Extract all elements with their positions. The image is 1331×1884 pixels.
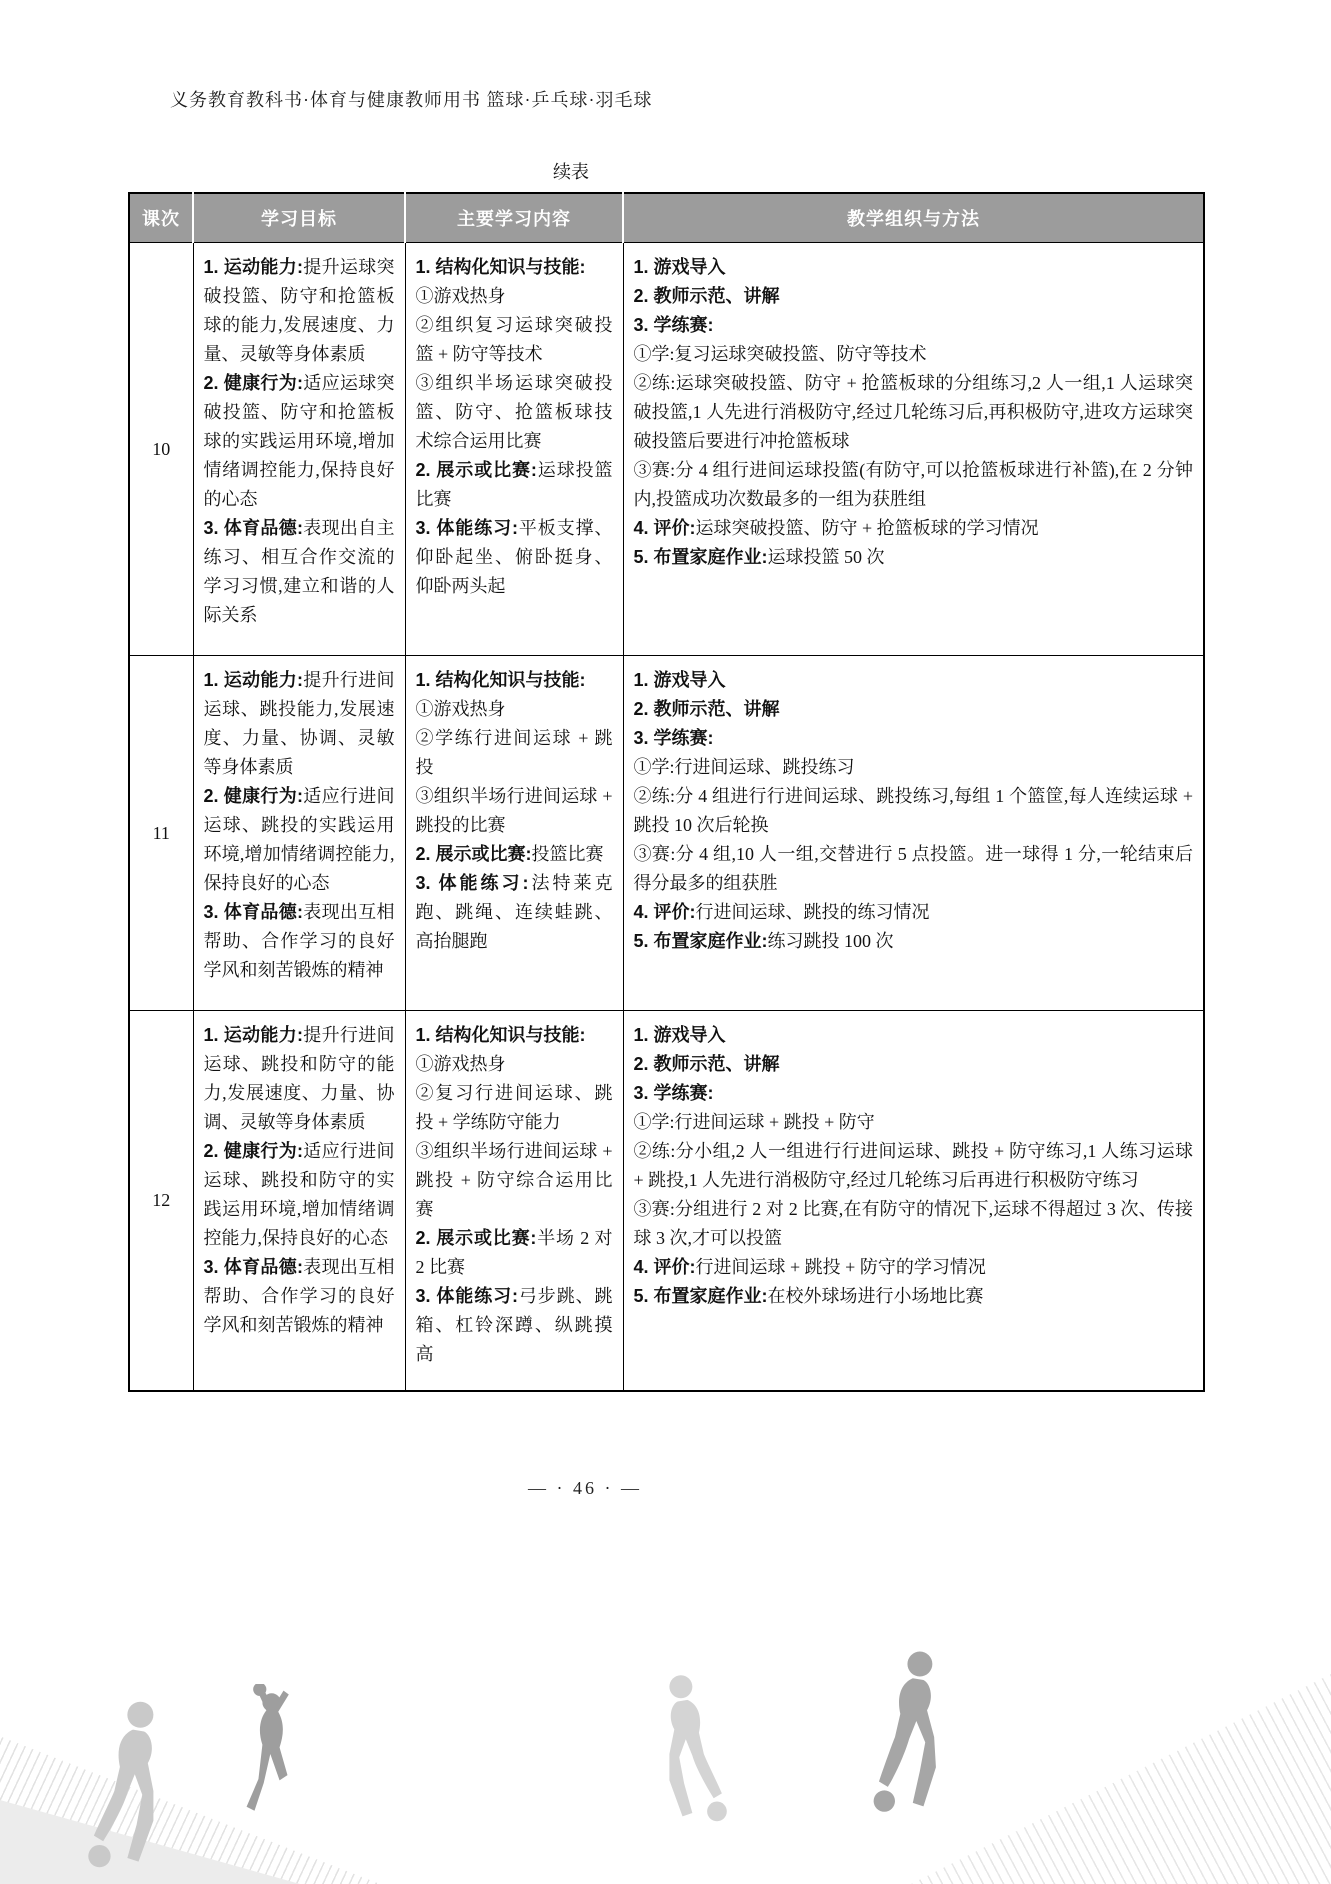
- table-cell-paragraph: 2. 教师示范、讲解: [634, 1050, 1194, 1079]
- table-cell-paragraph: ②复习行进间运球、跳投 + 学练防守能力: [416, 1079, 613, 1137]
- lesson-plan-table: 课次 学习目标 主要学习内容 教学组织与方法 101. 运动能力:提升运球突破投…: [128, 192, 1205, 1392]
- methods-cell: 1. 游戏导入2. 教师示范、讲解3. 学练赛:①学:行进间运球 + 跳投 + …: [623, 1011, 1204, 1391]
- table-cell-paragraph: 1. 结构化知识与技能:: [416, 666, 613, 695]
- methods-cell: 1. 游戏导入2. 教师示范、讲解3. 学练赛:①学:行进间运球、跳投练习②练:…: [623, 656, 1204, 1011]
- table-cell-paragraph: 4. 评价:行进间运球 + 跳投 + 防守的学习情况: [634, 1253, 1194, 1282]
- lesson-number: 12: [129, 1011, 193, 1391]
- table-cell-paragraph: 1. 结构化知识与技能:: [416, 253, 613, 282]
- column-header-objectives: 学习目标: [193, 193, 405, 243]
- table-cell-paragraph: ①游戏热身: [416, 695, 613, 724]
- lesson-number: 10: [129, 243, 193, 656]
- table-row: 121. 运动能力:提升行进间运球、跳投和防守的能力,发展速度、力量、协调、灵敏…: [129, 1011, 1204, 1391]
- content-cell: 1. 结构化知识与技能:①游戏热身②复习行进间运球、跳投 + 学练防守能力③组织…: [405, 1011, 623, 1391]
- running-head: 义务教育教科书·体育与健康教师用书 篮球·乒乓球·羽毛球: [170, 86, 652, 112]
- basketball-player-layup-icon: [236, 1684, 302, 1816]
- table-cell-paragraph: ①游戏热身: [416, 282, 613, 311]
- table-cell-paragraph: 4. 评价:行进间运球、跳投的练习情况: [634, 898, 1194, 927]
- table-cell-paragraph: 5. 布置家庭作业:在校外球场进行小场地比赛: [634, 1282, 1194, 1311]
- table-cell-paragraph: 3. 体育品德:表现出自主练习、相互合作交流的学习习惯,建立和谐的人际关系: [204, 514, 395, 630]
- table-cell-paragraph: ②练:运球突破投篮、防守 + 抢篮板球的分组练习,2 人一组,1 人运球突破投篮…: [634, 369, 1194, 456]
- column-header-lesson: 课次: [129, 193, 193, 243]
- methods-cell: 1. 游戏导入2. 教师示范、讲解3. 学练赛:①学:复习运球突破投篮、防守等技…: [623, 243, 1204, 656]
- table-cell-paragraph: ③组织半场运球突破投篮、防守、抢篮板球技术综合运用比赛: [416, 369, 613, 456]
- book-page: 义务教育教科书·体育与健康教师用书 篮球·乒乓球·羽毛球 续表 课次 学习目标 …: [0, 0, 1331, 1884]
- table-cell-paragraph: ②练:分 4 组进行行进间运球、跳投练习,每组 1 个篮筐,每人连续运球 + 跳…: [634, 782, 1194, 840]
- table-cell-paragraph: ③赛:分组进行 2 对 2 比赛,在有防守的情况下,运球不得超过 3 次、传接球…: [634, 1195, 1194, 1253]
- table-cell-paragraph: ②练:分小组,2 人一组进行行进间运球、跳投 + 防守练习,1 人练习运球 + …: [634, 1137, 1194, 1195]
- basketball-player-dribbling-icon: [78, 1698, 173, 1884]
- content-cell: 1. 结构化知识与技能:①游戏热身②学练行进间运球 + 跳投③组织半场行进间运球…: [405, 656, 623, 1011]
- table-cell-paragraph: 1. 游戏导入: [634, 1021, 1194, 1050]
- table-cell-paragraph: 3. 学练赛:: [634, 311, 1194, 340]
- table-cell-paragraph: ①游戏热身: [416, 1050, 613, 1079]
- table-cell-paragraph: 2. 教师示范、讲解: [634, 282, 1194, 311]
- column-header-content: 主要学习内容: [405, 193, 623, 243]
- table-cell-paragraph: 1. 结构化知识与技能:: [416, 1021, 613, 1050]
- basketball-player-crossover-icon: [866, 1648, 956, 1826]
- table-cell-paragraph: 2. 健康行为:适应行进间运球、跳投和防守的实践运用环境,增加情绪调控能力,保持…: [204, 1137, 395, 1253]
- objectives-cell: 1. 运动能力:提升运球突破投篮、防守和抢篮板球的能力,发展速度、力量、灵敏等身…: [193, 243, 405, 656]
- content-cell: 1. 结构化知识与技能:①游戏热身②组织复习运球突破投篮 + 防守等技术③组织半…: [405, 243, 623, 656]
- table-row: 101. 运动能力:提升运球突破投篮、防守和抢篮板球的能力,发展速度、力量、灵敏…: [129, 243, 1204, 656]
- table-cell-paragraph: 1. 运动能力:提升运球突破投篮、防守和抢篮板球的能力,发展速度、力量、灵敏等身…: [204, 253, 395, 369]
- table-cell-paragraph: ①学:行进间运球 + 跳投 + 防守: [634, 1108, 1194, 1137]
- table-cell-paragraph: ③赛:分 4 组,10 人一组,交替进行 5 点投篮。进一球得 1 分,一轮结束…: [634, 840, 1194, 898]
- table-cell-paragraph: 2. 教师示范、讲解: [634, 695, 1194, 724]
- table-cell-paragraph: 3. 体能练习:弓步跳、跳箱、杠铃深蹲、纵跳摸高: [416, 1282, 613, 1369]
- table-cell-paragraph: 2. 展示或比赛:半场 2 对 2 比赛: [416, 1224, 613, 1282]
- table-cell-paragraph: 3. 学练赛:: [634, 1079, 1194, 1108]
- page-number: — · 46 · —: [0, 1478, 1170, 1499]
- table-cell-paragraph: ①学:行进间运球、跳投练习: [634, 753, 1194, 782]
- table-cell-paragraph: 2. 展示或比赛:投篮比赛: [416, 840, 613, 869]
- lesson-number: 11: [129, 656, 193, 1011]
- table-cell-paragraph: 4. 评价:运球突破投篮、防守 + 抢篮板球的学习情况: [634, 514, 1194, 543]
- table-cell-paragraph: 5. 布置家庭作业:练习跳投 100 次: [634, 927, 1194, 956]
- objectives-cell: 1. 运动能力:提升行进间运球、跳投能力,发展速度、力量、协调、灵敏等身体素质2…: [193, 656, 405, 1011]
- table-cell-paragraph: 2. 健康行为:适应行进间运球、跳投的实践运用环境,增加情绪调控能力,保持良好的…: [204, 782, 395, 898]
- column-header-methods: 教学组织与方法: [623, 193, 1204, 243]
- continued-table-label: 续表: [553, 158, 589, 184]
- table-cell-paragraph: 3. 体能练习:法特莱克跑、跳绳、连续蛙跳、高抬腿跑: [416, 869, 613, 956]
- table-cell-paragraph: ③赛:分 4 组行进间运球投篮(有防守,可以抢篮板球进行补篮),在 2 分钟内,…: [634, 456, 1194, 514]
- table-cell-paragraph: 1. 运动能力:提升行进间运球、跳投和防守的能力,发展速度、力量、协调、灵敏等身…: [204, 1021, 395, 1137]
- table-cell-paragraph: 1. 运动能力:提升行进间运球、跳投能力,发展速度、力量、协调、灵敏等身体素质: [204, 666, 395, 782]
- table-header-row: 课次 学习目标 主要学习内容 教学组织与方法: [129, 193, 1204, 243]
- table-cell-paragraph: 1. 游戏导入: [634, 666, 1194, 695]
- diagonal-stripes-right-decoration: [911, 1674, 1331, 1884]
- table-cell-paragraph: 2. 展示或比赛:运球投篮比赛: [416, 456, 613, 514]
- table-cell-paragraph: ②学练行进间运球 + 跳投: [416, 724, 613, 782]
- table-cell-paragraph: 5. 布置家庭作业:运球投篮 50 次: [634, 543, 1194, 572]
- table-cell-paragraph: 3. 体育品德:表现出互相帮助、合作学习的良好学风和刻苦锻炼的精神: [204, 1253, 395, 1340]
- table-cell-paragraph: ①学:复习运球突破投篮、防守等技术: [634, 340, 1194, 369]
- basketball-player-running-icon: [652, 1672, 736, 1836]
- table-cell-paragraph: 3. 体育品德:表现出互相帮助、合作学习的良好学风和刻苦锻炼的精神: [204, 898, 395, 985]
- table-cell-paragraph: 3. 学练赛:: [634, 724, 1194, 753]
- table-cell-paragraph: ③组织半场行进间运球 + 跳投的比赛: [416, 782, 613, 840]
- table-cell-paragraph: ②组织复习运球突破投篮 + 防守等技术: [416, 311, 613, 369]
- table-body: 101. 运动能力:提升运球突破投篮、防守和抢篮板球的能力,发展速度、力量、灵敏…: [129, 243, 1204, 1391]
- table-cell-paragraph: 1. 游戏导入: [634, 253, 1194, 282]
- table-row: 111. 运动能力:提升行进间运球、跳投能力,发展速度、力量、协调、灵敏等身体素…: [129, 656, 1204, 1011]
- objectives-cell: 1. 运动能力:提升行进间运球、跳投和防守的能力,发展速度、力量、协调、灵敏等身…: [193, 1011, 405, 1391]
- table-cell-paragraph: 3. 体能练习:平板支撑、仰卧起坐、俯卧挺身、仰卧两头起: [416, 514, 613, 601]
- table-cell-paragraph: 2. 健康行为:适应运球突破投篮、防守和抢篮板球的实践运用环境,增加情绪调控能力…: [204, 369, 395, 514]
- table-cell-paragraph: ③组织半场行进间运球 + 跳投 + 防守综合运用比赛: [416, 1137, 613, 1224]
